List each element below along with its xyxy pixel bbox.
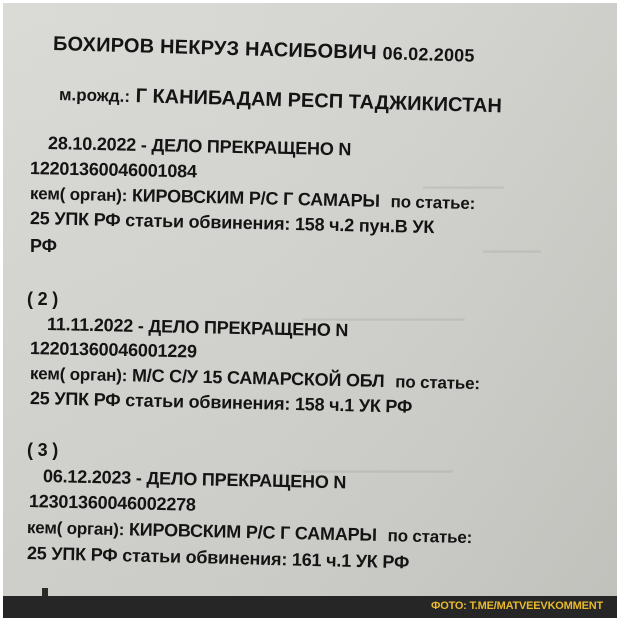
article-label: по статье: — [387, 526, 472, 547]
case-article-line: 25 УПК РФ статьи обвинения: 158 ч.1 УК Р… — [30, 388, 413, 418]
case-status: - ДЕЛО ПРЕКРАЩЕНО N — [141, 135, 352, 159]
case-index: ( 3 ) — [27, 440, 58, 461]
case-date: 06.12.2023 — [43, 466, 131, 488]
case-authority-line: кем( орган): КИРОВСКИМ Р/С Г САМАРЫ по с… — [27, 517, 473, 548]
case-article-tail: РФ — [30, 236, 57, 257]
case-date: 28.10.2022 — [48, 133, 136, 155]
case-status-line: 06.12.2023 - ДЕЛО ПРЕКРАЩЕНО N — [43, 466, 347, 493]
article-label: по статье: — [390, 192, 475, 213]
bleed-through-text: ▁▁▁▁▁▁▁ — [423, 171, 504, 190]
person-birth-date: 06.02.2005 — [382, 43, 475, 66]
case-index: ( 2 ) — [27, 289, 58, 310]
case-status-line: 28.10.2022 - ДЕЛО ПРЕКРАЩЕНО N — [48, 133, 352, 160]
birthplace-label: м.рожд.: — [59, 85, 131, 106]
birthplace-line: м.рожд.: Г КАНИБАДАМ РЕСП ТАДЖИКИСТАН — [59, 83, 502, 118]
authority-value: КИРОВСКИМ Р/С Г САМАРЫ — [132, 185, 380, 211]
cropped-text-fragment — [42, 588, 48, 596]
authority-value: М/С С/У 15 САМАРСКОЙ ОБЛ — [132, 365, 385, 391]
article-label: по статье: — [395, 372, 480, 393]
case-number: 12201360046001084 — [30, 158, 197, 182]
bleed-through-text: ▁▁▁▁▁ — [483, 235, 541, 254]
case-status: - ДЕЛО ПРЕКРАЩЕНО N — [138, 316, 349, 340]
authority-value: КИРОВСКИМ Р/С Г САМАРЫ — [129, 519, 377, 545]
photo-credit-bar: ФОТО: T.ME/MATVEEVKOMMENT — [3, 596, 617, 618]
authority-label: кем( орган): — [27, 518, 125, 539]
document-photo: ▁▁▁▁▁▁▁ ▁▁▁▁▁ ▁▁▁▁▁▁▁▁▁▁▁▁▁▁ ▁▁▁▁▁▁▁▁▁▁▁… — [3, 3, 617, 596]
photo-credit: ФОТО: T.ME/MATVEEVKOMMENT — [431, 600, 603, 612]
case-number: 12201360046001229 — [30, 338, 197, 362]
photo-frame: ▁▁▁▁▁▁▁ ▁▁▁▁▁ ▁▁▁▁▁▁▁▁▁▁▁▁▁▁ ▁▁▁▁▁▁▁▁▁▁▁… — [0, 0, 620, 618]
authority-label: кем( орган): — [30, 184, 128, 205]
case-date: 11.11.2022 — [47, 314, 134, 336]
case-article-line: 25 УПК РФ статьи обвинения: 158 ч.2 пун.… — [30, 208, 435, 238]
authority-label: кем( орган): — [30, 364, 128, 385]
person-header: БОХИРОВ НЕКРУЗ НАСИБОВИЧ 06.02.2005 — [53, 33, 475, 68]
case-status: - ДЕЛО ПРЕКРАЩЕНО N — [136, 468, 347, 492]
case-article-line: 25 УПК РФ статьи обвинения: 161 ч.1 УК Р… — [27, 543, 410, 573]
person-name: БОХИРОВ НЕКРУЗ НАСИБОВИЧ — [53, 33, 377, 64]
case-number: 12301360046002278 — [29, 491, 196, 516]
birthplace-value: Г КАНИБАДАМ РЕСП ТАДЖИКИСТАН — [135, 85, 502, 117]
